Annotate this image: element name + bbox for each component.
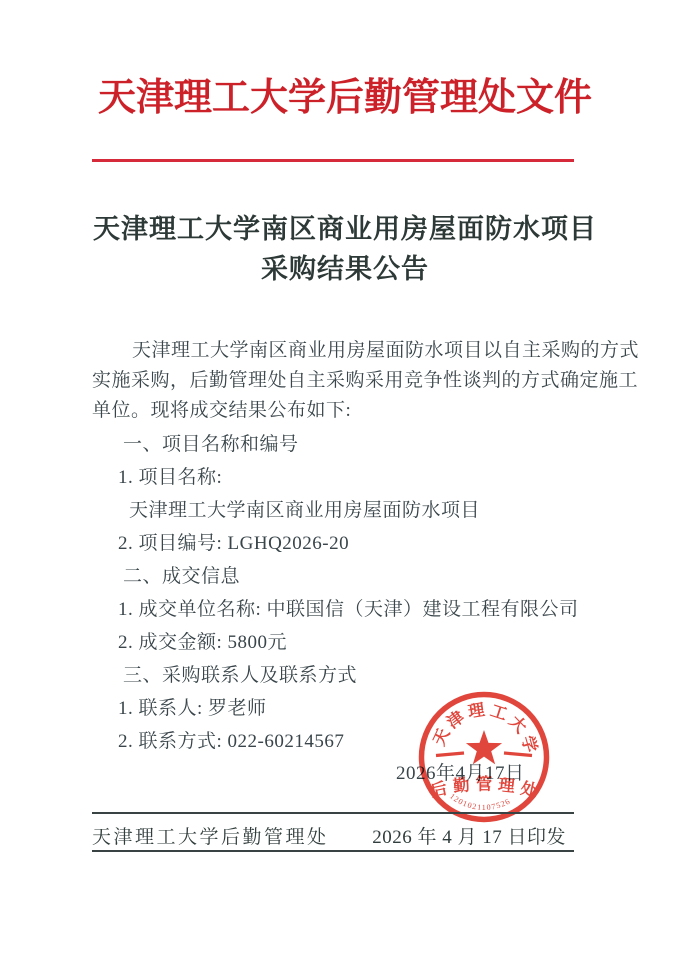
seal-star-icon <box>466 730 502 764</box>
list-item-value: 天津理工大学南区商业用房屋面防水项目 <box>92 494 592 527</box>
document-page: 天津理工大学后勤管理处文件 天津理工大学南区商业用房屋面防水项目 采购结果公告 … <box>0 0 690 976</box>
body-line: 天津理工大学南区商业用房屋面防水项目以自主采购的方式 <box>92 336 592 366</box>
document-header-title: 天津理工大学后勤管理处文件 <box>0 66 690 121</box>
svg-text:工: 工 <box>488 701 510 724</box>
footer-issuer: 天津理工大学后勤管理处 <box>92 822 329 849</box>
seal-office-text: 后 勤 管 理 处 <box>429 774 540 801</box>
section-heading: 二、成交信息 <box>92 560 592 593</box>
list-item: 2. 项目编号: LGHQ2026-20 <box>92 527 592 560</box>
document-title: 天津理工大学南区商业用房屋面防水项目 采购结果公告 <box>0 209 690 289</box>
svg-text:理: 理 <box>467 700 487 721</box>
document-title-line1: 天津理工大学南区商业用房屋面防水项目 <box>0 209 690 249</box>
red-divider-rule <box>92 159 574 162</box>
svg-text:理: 理 <box>497 775 516 796</box>
list-item: 1. 成交单位名称: 中联国信（天津）建设工程有限公司 <box>92 593 592 626</box>
list-item: 1. 项目名称: <box>92 461 592 494</box>
svg-text:津: 津 <box>443 707 468 732</box>
svg-text:天: 天 <box>429 725 453 748</box>
svg-text:后: 后 <box>429 778 450 801</box>
body-line: 实施采购，后勤管理处自主采购采用竞争性谈判的方式确定施工 <box>92 366 592 396</box>
footer-bottom-rule <box>92 850 574 852</box>
body-line: 单位。现将成交结果公布如下: <box>92 396 592 426</box>
document-title-line2: 采购结果公告 <box>0 249 690 289</box>
seal-left-dash <box>436 753 464 756</box>
footer-top-rule <box>92 812 574 814</box>
official-seal: 天 津 理 工 大 学 后 勤 管 理 处 1201021107526 <box>414 687 554 827</box>
svg-text:勤: 勤 <box>452 774 471 796</box>
list-item: 2. 成交金额: 5800元 <box>92 626 592 659</box>
section-heading: 一、项目名称和编号 <box>92 428 592 461</box>
svg-text:学: 学 <box>518 733 542 755</box>
intro-paragraph: 天津理工大学南区商业用房屋面防水项目以自主采购的方式 实施采购，后勤管理处自主采… <box>92 336 592 426</box>
footer-print-date: 2026 年 4 月 17 日印发 <box>372 822 566 849</box>
footer-row: 天津理工大学后勤管理处 2026 年 4 月 17 日印发 <box>92 822 574 846</box>
seal-right-dash <box>504 753 532 756</box>
svg-text:处: 处 <box>519 778 540 801</box>
svg-text:管: 管 <box>476 774 493 794</box>
